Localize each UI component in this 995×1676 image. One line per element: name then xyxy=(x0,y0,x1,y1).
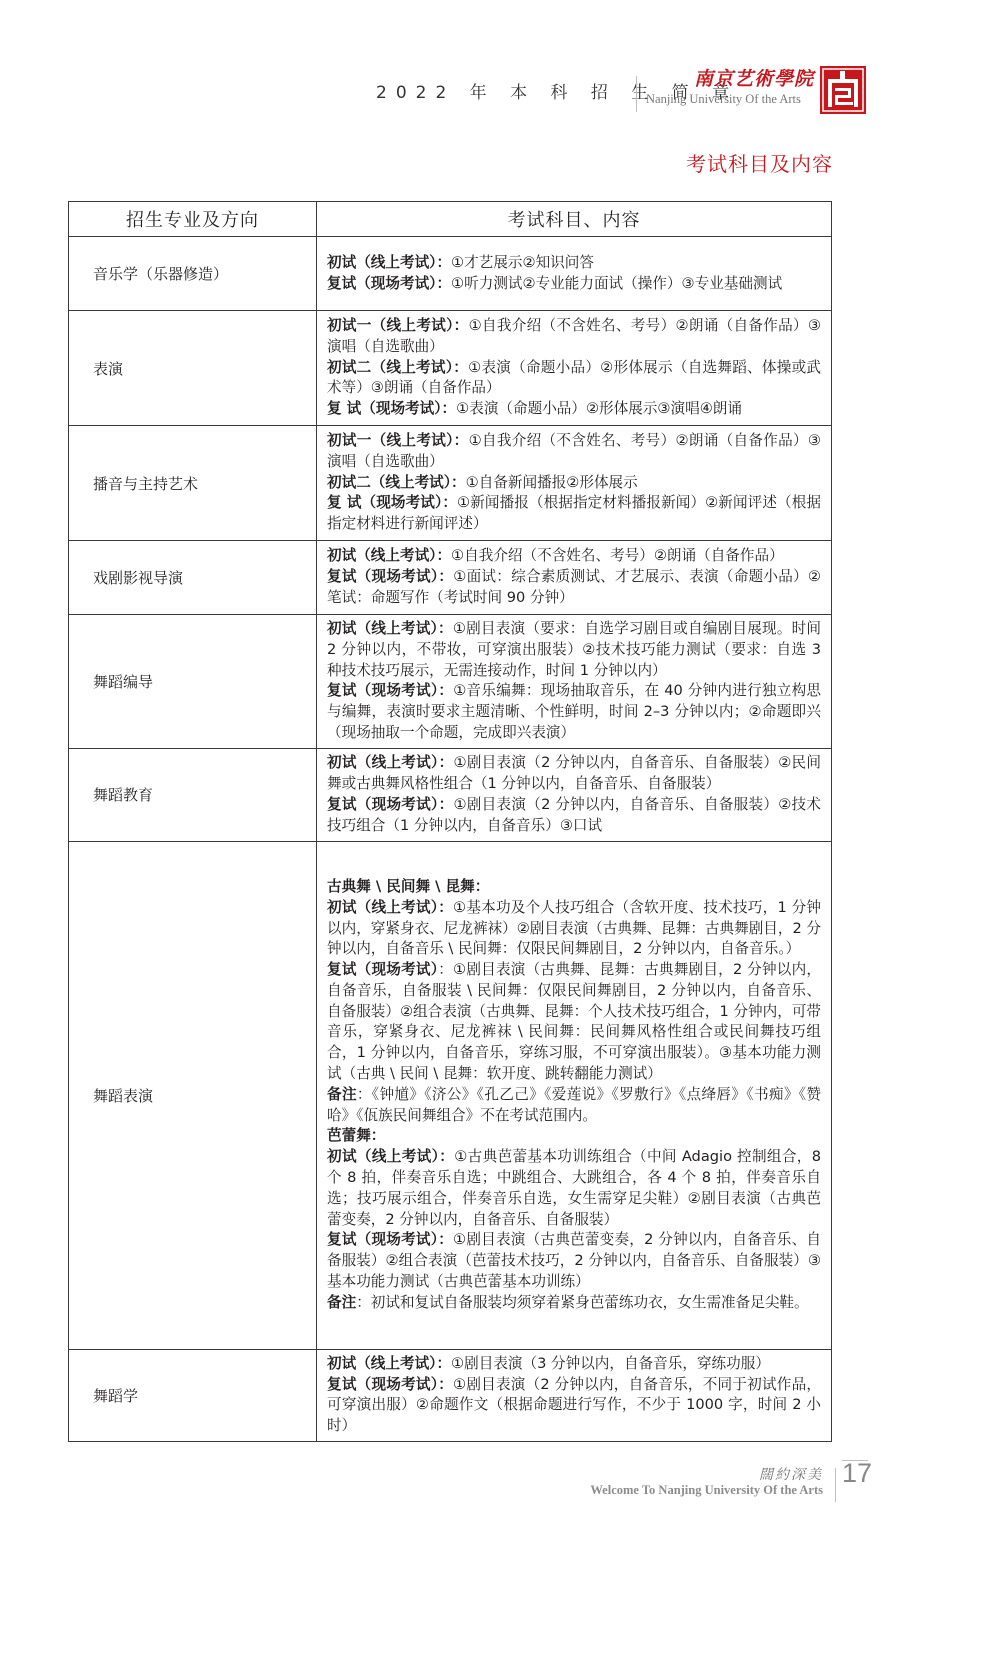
exam-stage-label: 复试（现场考试）： xyxy=(327,1231,453,1248)
exam-content-cell: 初试（线上考试）：①自我介绍（不含姓名、考号）②朗诵（自备作品）复试（现场考试）… xyxy=(317,541,832,615)
table-row: 舞蹈编导初试（线上考试）：①剧目表演（要求：自选学习剧目或自编剧目展现。时间 2… xyxy=(69,615,832,749)
exam-content-cell: 初试（线上考试）：①才艺展示②知识问答复试（现场考试）：①听力测试②专业能力面试… xyxy=(317,237,832,311)
exam-line: 复试（现场考试）：①面试：综合素质测试、才艺展示、表演（命题小品）②笔试：命题写… xyxy=(327,567,821,609)
exam-stage-label: 初试（线上考试）： xyxy=(327,254,451,271)
exam-stage-text: ①剧目表演（3 分钟以内，自备音乐，穿练功服） xyxy=(451,1355,770,1372)
footer-motto: 闊約深美 xyxy=(759,1464,823,1484)
exam-stage-label: 复试（现场考试）： xyxy=(327,1376,453,1393)
exam-line: 初试（线上考试）：①才艺展示②知识问答 xyxy=(327,253,821,274)
exam-subjects-table: 招生专业及方向 考试科目、内容 音乐学（乐器修造）初试（线上考试）：①才艺展示②… xyxy=(68,201,832,1442)
major-cell: 表演 xyxy=(69,311,317,426)
exam-stage-label: 初试二（线上考试）： xyxy=(327,474,466,491)
exam-stage-label: 备注 xyxy=(327,1086,357,1103)
table-row: 舞蹈表演古典舞 \ 民间舞 \ 昆舞：初试（线上考试）：①基本功及个人技巧组合（… xyxy=(69,841,832,1349)
exam-line: 初试（线上考试）：①自我介绍（不含姓名、考号）②朗诵（自备作品） xyxy=(327,546,821,567)
exam-line: 备注：初试和复试自备服装均须穿着紧身芭蕾练功衣，女生需准备足尖鞋。 xyxy=(327,1293,821,1314)
exam-line: 复试（现场考试）：①音乐编舞：现场抽取音乐，在 40 分钟内进行独立构思与编舞，… xyxy=(327,681,821,743)
exam-stage-label: 初试（线上考试）： xyxy=(327,754,453,771)
table-body: 音乐学（乐器修造）初试（线上考试）：①才艺展示②知识问答复试（现场考试）：①听力… xyxy=(69,237,832,1442)
exam-content-cell: 古典舞 \ 民间舞 \ 昆舞：初试（线上考试）：①基本功及个人技巧组合（含软开度… xyxy=(317,841,832,1349)
column-header-major: 招生专业及方向 xyxy=(69,202,317,237)
exam-stage-label: 复试（现场考试）： xyxy=(327,568,453,585)
exam-line: 复试（现场考试）：①剧目表演（2 分钟以内，自备音乐、自备服装）②技术技巧组合（… xyxy=(327,795,821,837)
exam-content-cell: 初试（线上考试）：①剧目表演（3 分钟以内，自备音乐，穿练功服）复试（现场考试）… xyxy=(317,1349,832,1441)
exam-line: 初试（线上考试）：①剧目表演（2 分钟以内，自备音乐、自备服装）②民间舞或古典舞… xyxy=(327,753,821,795)
major-cell: 音乐学（乐器修造） xyxy=(69,237,317,311)
table-row: 舞蹈教育初试（线上考试）：①剧目表演（2 分钟以内，自备音乐、自备服装）②民间舞… xyxy=(69,748,832,841)
exam-stage-label: 复试（现场考试）： xyxy=(327,796,453,813)
exam-line: 复试（现场考试）：①剧目表演（2 分钟以内，自备音乐，不同于初试作品，可穿演出服… xyxy=(327,1375,821,1437)
major-cell: 播音与主持艺术 xyxy=(69,426,317,541)
footer-welcome-text: Welcome To Nanjing University Of the Art… xyxy=(590,1483,823,1498)
table-header-row: 招生专业及方向 考试科目、内容 xyxy=(69,202,832,237)
exam-stage-label: 复试（现场考试） xyxy=(327,961,438,978)
exam-stage-label: 复 试（现场考试）： xyxy=(327,494,457,511)
exam-line: 备注：《钟馗》《济公》《孔乙己》《爱莲说》《罗敷行》《点绛唇》《书痴》《赞哈》《… xyxy=(327,1085,821,1127)
exam-line: 初试二（线上考试）：①自备新闻播报②形体展示 xyxy=(327,473,821,494)
exam-content-cell: 初试一（线上考试）：①自我介绍（不含姓名、考号）②朗诵（自备作品）③演唱（自选歌… xyxy=(317,311,832,426)
exam-content-cell: 初试一（线上考试）：①自我介绍（不含姓名、考号）②朗诵（自备作品）③演唱（自选歌… xyxy=(317,426,832,541)
exam-stage-text: ①听力测试②专业能力面试（操作）③专业基础测试 xyxy=(451,275,782,292)
table-row: 表演初试一（线上考试）：①自我介绍（不含姓名、考号）②朗诵（自备作品）③演唱（自… xyxy=(69,311,832,426)
page-number: 17 xyxy=(842,1458,872,1489)
exam-stage-label: 初试（线上考试）： xyxy=(327,1148,454,1165)
table-row: 戏剧影视导演初试（线上考试）：①自我介绍（不含姓名、考号）②朗诵（自备作品）复试… xyxy=(69,541,832,615)
exam-line: 初试（线上考试）：①剧目表演（要求：自选学习剧目或自编剧目展现。时间 2 分钟以… xyxy=(327,619,821,681)
exam-stage-label: 初试（线上考试）： xyxy=(327,899,453,916)
table-row: 播音与主持艺术初试一（线上考试）：①自我介绍（不含姓名、考号）②朗诵（自备作品）… xyxy=(69,426,832,541)
exam-line: 初试（线上考试）：①古典芭蕾基本功训练组合（中间 Adagio 控制组合，8 个… xyxy=(327,1147,821,1230)
exam-stage-label: 初试（线上考试）： xyxy=(327,547,451,564)
exam-stage-label: 复 试（现场考试）： xyxy=(327,400,456,417)
exam-line: 初试一（线上考试）：①自我介绍（不含姓名、考号）②朗诵（自备作品）③演唱（自选歌… xyxy=(327,431,821,473)
exam-stage-label: 备注 xyxy=(327,1294,356,1311)
exam-line: 初试一（线上考试）：①自我介绍（不含姓名、考号）②朗诵（自备作品）③演唱（自选歌… xyxy=(327,316,821,358)
exam-stage-text: ①自我介绍（不含姓名、考号）②朗诵（自备作品） xyxy=(451,547,784,564)
exam-line: 古典舞 \ 民间舞 \ 昆舞： xyxy=(327,877,821,898)
page-header: 2022 年 本 科 招 生 简 章 南京艺術學院 Nanjing Univer… xyxy=(0,62,995,122)
exam-stage-text: ①才艺展示②知识问答 xyxy=(451,254,594,271)
exam-stage-label: 古典舞 \ 民间舞 \ 昆舞： xyxy=(327,878,489,895)
exam-stage-text: ：①剧目表演（古典舞、昆舞：古典舞剧目，2 分钟以内，自备音乐，自备服装 \ 民… xyxy=(327,961,821,1082)
exam-line: 初试二（线上考试）：①表演（命题小品）②形体展示（自选舞蹈、体操或武术等）③朗诵… xyxy=(327,358,821,400)
exam-stage-label: 初试二（线上考试）： xyxy=(327,359,468,376)
exam-stage-label: 芭蕾舞： xyxy=(327,1127,385,1144)
exam-line: 复 试（现场考试）：①新闻播报（根据指定材料播报新闻）②新闻评述（根据指定材料进… xyxy=(327,493,821,535)
exam-stage-label: 初试（线上考试）： xyxy=(327,620,453,637)
university-name-cn: 南京艺術學院 xyxy=(694,64,814,91)
column-header-content: 考试科目、内容 xyxy=(317,202,832,237)
header-divider xyxy=(636,76,637,112)
page-footer: 闊約深美 Welcome To Nanjing University Of th… xyxy=(0,1460,995,1520)
exam-line: 初试（线上考试）：①基本功及个人技巧组合（含软开度、技术技巧，1 分钟以内，穿紧… xyxy=(327,898,821,960)
exam-stage-text: ：《钟馗》《济公》《孔乙己》《爱莲说》《罗敷行》《点绛唇》《书痴》《赞哈》《佤族… xyxy=(327,1086,821,1124)
exam-stage-text: ：初试和复试自备服装均须穿着紧身芭蕾练功衣，女生需准备足尖鞋。 xyxy=(356,1294,808,1311)
nua-seal-logo-icon xyxy=(820,66,866,114)
exam-content-cell: 初试（线上考试）：①剧目表演（要求：自选学习剧目或自编剧目展现。时间 2 分钟以… xyxy=(317,615,832,749)
major-cell: 舞蹈表演 xyxy=(69,841,317,1349)
exam-stage-label: 初试一（线上考试）： xyxy=(327,317,469,334)
section-title: 考试科目及内容 xyxy=(686,148,833,177)
university-name-en: Nanjing University Of the Arts xyxy=(646,92,801,107)
footer-divider xyxy=(835,1468,836,1502)
exam-stage-label: 复试（现场考试）： xyxy=(327,682,453,699)
exam-line: 复 试（现场考试）：①表演（命题小品）②形体展示③演唱④朗诵 xyxy=(327,399,821,420)
major-cell: 舞蹈编导 xyxy=(69,615,317,749)
exam-line: 复试（现场考试）：①剧目表演（古典芭蕾变奏，2 分钟以内，自备音乐、自备服装）②… xyxy=(327,1230,821,1292)
exam-stage-label: 初试（线上考试）： xyxy=(327,1355,451,1372)
exam-stage-text: ①表演（命题小品）②形体展示③演唱④朗诵 xyxy=(456,400,742,417)
exam-content-cell: 初试（线上考试）：①剧目表演（2 分钟以内，自备音乐、自备服装）②民间舞或古典舞… xyxy=(317,748,832,841)
major-cell: 舞蹈教育 xyxy=(69,748,317,841)
exam-stage-text: ①自备新闻播报②形体展示 xyxy=(466,474,638,491)
exam-stage-label: 复试（现场考试）： xyxy=(327,275,451,292)
major-cell: 戏剧影视导演 xyxy=(69,541,317,615)
exam-line: 芭蕾舞： xyxy=(327,1126,821,1147)
table-row: 音乐学（乐器修造）初试（线上考试）：①才艺展示②知识问答复试（现场考试）：①听力… xyxy=(69,237,832,311)
exam-line: 复试（现场考试）：①听力测试②专业能力面试（操作）③专业基础测试 xyxy=(327,274,821,295)
exam-line: 复试（现场考试）：①剧目表演（古典舞、昆舞：古典舞剧目，2 分钟以内，自备音乐，… xyxy=(327,960,821,1085)
major-cell: 舞蹈学 xyxy=(69,1349,317,1441)
exam-stage-label: 初试一（线上考试）： xyxy=(327,432,469,449)
exam-line: 初试（线上考试）：①剧目表演（3 分钟以内，自备音乐，穿练功服） xyxy=(327,1354,821,1375)
table-row: 舞蹈学初试（线上考试）：①剧目表演（3 分钟以内，自备音乐，穿练功服）复试（现场… xyxy=(69,1349,832,1441)
